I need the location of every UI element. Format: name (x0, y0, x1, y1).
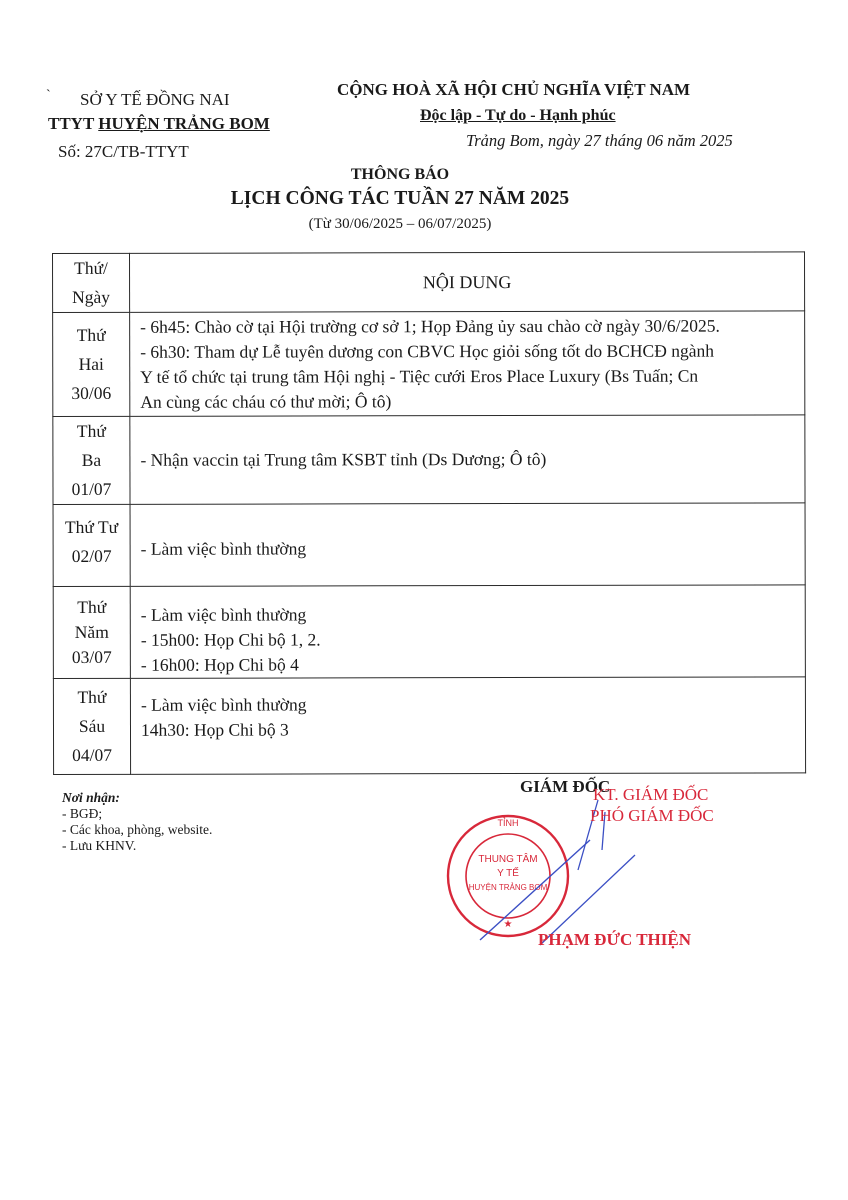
document-type: THÔNG BÁO (0, 166, 800, 184)
content-line: - Làm việc bình thường (141, 535, 805, 561)
table-header-row: Thứ/ Ngày NỘI DUNG (53, 252, 805, 313)
day-line: Thứ (54, 683, 130, 712)
day-line: Thứ (54, 595, 130, 620)
signer-deputy-title: PHÓ GIÁM ĐỐC (590, 806, 714, 826)
scan-mark: ` (46, 88, 51, 104)
table-row: Thứ Sáu 04/07 - Làm việc bình thường 14h… (53, 677, 805, 775)
content-line: 14h30: Họp Chi bộ 3 (141, 716, 805, 742)
recipient-item: - BGĐ; (62, 806, 212, 822)
org-prefix: TTYT (48, 114, 98, 133)
signer-name: PHẠM ĐỨC THIỆN (538, 930, 691, 950)
day-line: Thứ (53, 321, 129, 350)
day-cell: Thứ Hai 30/06 (53, 312, 130, 416)
recipient-item: - Lưu KHNV. (62, 838, 212, 854)
recipients-block: Nơi nhận: - BGĐ; - Các khoa, phòng, webs… (62, 790, 212, 854)
content-cell: - 6h45: Chào cờ tại Hội trường cơ sở 1; … (130, 311, 805, 416)
content-cell: - Làm việc bình thường (130, 503, 805, 586)
recipient-item: - Các khoa, phòng, website. (62, 822, 212, 838)
table-row: Thứ Năm 03/07 - Làm việc bình thường - 1… (53, 585, 805, 679)
schedule-table: Thứ/ Ngày NỘI DUNG Thứ Hai 30/06 - 6h45:… (52, 251, 806, 775)
content-line: - Làm việc bình thường (141, 691, 805, 717)
day-line: Thứ (53, 417, 129, 446)
table-row: Thứ Tư 02/07 - Làm việc bình thường (53, 503, 805, 587)
content-line: - 6h30: Tham dự Lễ tuyên dương con CBVC … (140, 338, 804, 364)
content-cell: - Nhận vaccin tại Trung tâm KSBT tỉnh (D… (130, 415, 805, 504)
date-range: (Từ 30/06/2025 – 06/07/2025) (0, 216, 800, 233)
content-line: - 15h00: Họp Chi bộ 1, 2. (141, 626, 805, 652)
content-line: - 16h00: Họp Chi bộ 4 (141, 651, 805, 677)
document-title: LỊCH CÔNG TÁC TUẦN 27 NĂM 2025 (0, 188, 800, 210)
document-number: Số: 27C/TB-TTYT (58, 142, 189, 162)
content-cell: - Làm việc bình thường 14h30: Họp Chi bộ… (130, 677, 805, 774)
national-title: CỘNG HOÀ XÃ HỘI CHỦ NGHĨA VIỆT NAM (337, 80, 690, 100)
header-day: Thứ/ Ngày (53, 253, 130, 312)
day-line: 03/07 (54, 645, 130, 670)
header-day-line: Thứ/ (53, 254, 129, 283)
content-line: - 6h45: Chào cờ tại Hội trường cơ sở 1; … (140, 313, 804, 339)
org-name-underlined: HUYỆN TRẢNG BOM (98, 114, 270, 133)
day-line: 30/06 (53, 379, 129, 408)
recipients-title: Nơi nhận: (62, 790, 212, 806)
organization-name: TTYT HUYỆN TRẢNG BOM (48, 114, 270, 134)
day-cell: Thứ Ba 01/07 (53, 416, 130, 504)
content-line: An cùng các cháu có thư mời; Ô tô) (140, 388, 804, 414)
content-line: Y tế tổ chức tại trung tâm Hội nghị - Ti… (140, 363, 804, 389)
content-line: - Làm việc bình thường (141, 601, 805, 627)
day-line: Thứ Tư (54, 513, 130, 542)
header-content: NỘI DUNG (130, 252, 805, 312)
header-day-line: Ngày (53, 283, 129, 312)
day-line: 01/07 (53, 475, 129, 504)
day-line: Hai (53, 350, 129, 379)
content-cell: - Làm việc bình thường - 15h00: Họp Chi … (130, 585, 805, 678)
day-line: 04/07 (54, 741, 130, 770)
signer-kt: KT. GIÁM ĐỐC (593, 785, 708, 805)
table-row: Thứ Hai 30/06 - 6h45: Chào cờ tại Hội tr… (53, 311, 805, 417)
national-motto: Độc lập - Tự do - Hạnh phúc (420, 107, 616, 125)
day-cell: Thứ Sáu 04/07 (53, 678, 130, 774)
day-line: Năm (54, 620, 130, 645)
day-line: 02/07 (54, 542, 130, 571)
day-line: Ba (53, 446, 129, 475)
content-line: - Nhận vaccin tại Trung tâm KSBT tỉnh (D… (140, 446, 804, 472)
place-and-date: Trảng Bom, ngày 27 tháng 06 năm 2025 (466, 131, 733, 151)
table-row: Thứ Ba 01/07 - Nhận vaccin tại Trung tâm… (53, 415, 805, 505)
day-cell: Thứ Tư 02/07 (53, 504, 130, 586)
day-cell: Thứ Năm 03/07 (53, 586, 130, 678)
day-line: Sáu (54, 712, 130, 741)
parent-organization: SỞ Y TẾ ĐỒNG NAI (80, 90, 230, 110)
